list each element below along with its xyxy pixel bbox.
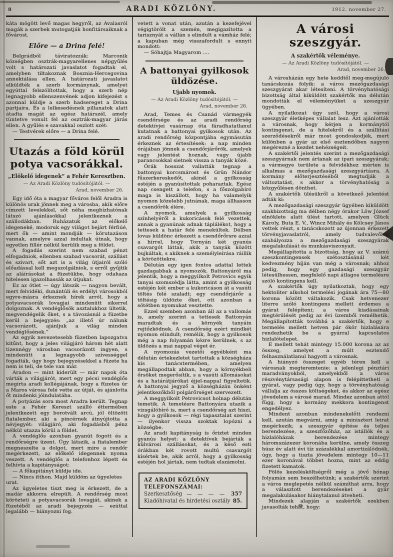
paragraph: Az ügyeletes tiszt meg is érkezett, de a… [6,486,128,515]
paragraph: Mindezek alapján a szakértők ezekben jav… [262,499,389,511]
paragraph: A szakértői jelentés szerint a mezőgazda… [262,151,389,192]
paragraph: Fölös kezelésköltségről még a jövő hónap… [262,470,389,499]
phone-row-publisher: Kiadóhivatal és hirdetési osztály 85. [144,497,242,504]
paragraph: Mindent azonban mindenekelőtt rendezni k… [262,412,389,470]
phone-row-editorial: Szerkesztőség — — — — 357 [144,490,242,497]
paragraph: A meggyilkolt Petrovicsot holnap délután… [138,396,252,431]
paragraph: A hiányzó összeget egyéb téren kell a vá… [262,360,389,412]
dialogue-line: — Testvérek előre — a Drina felé. [6,129,128,135]
issue-date: 1912. november 27. [332,7,386,13]
headline-battonya: A battonyai gyilkosok üldözése. [138,66,252,87]
byline-szeszgyar: — Az Aradi Közlöny tudósítójától. — [262,61,389,67]
paragraph: Megállapította a bizottság, hogy az V. s… [262,249,389,284]
page-number: 8 [8,7,11,13]
page-header: 8 ARADI KÖZLÖNY. 1912. november 27. [6,4,389,17]
paragraph: Az egyik nevezetesebb füzetben lapozgatv… [6,335,128,370]
paragraph: A nyomozás vezetői egyébként ma délután … [138,349,252,395]
paragraph: A szakértők úgy nyilatkoztak, hogy egy h… [262,284,389,342]
columns: káta mögött levő magas hegyről, az Avala… [6,17,389,537]
subhead-utazas: „Előkelő idegenek” a Fehér Keresztben. [6,174,128,181]
paragraph: Ezzel szemben azonban áll az a vallomás … [138,309,252,350]
article-utazas-body: Egy idő óta a magyar főváros felől Aradr… [6,196,128,515]
phone-label: Szerkesztőség [144,490,182,497]
paragraph: Belgrádból táviratozzák: Marconik község… [6,53,128,128]
newspaper-sheet: 8 ARADI KÖZLÖNY. 1912. november 27. káta… [0,0,393,537]
phone-number: 357 [231,490,242,497]
phone-number: 85. [233,497,242,504]
section-rule [14,139,120,140]
dateline-utazas: Arad, november 26. [6,188,124,194]
continuation-fragment: vetett a vonat után, azután a kezefejéve… [138,21,252,56]
paragraph: Aradon — mint kiderült — már napok óta v… [6,370,128,399]
paragraph: A fogadás szerint nem szabad pénzt elfog… [6,248,128,283]
paragraph: Az aradi kapitányság is őriztet minden g… [138,431,252,466]
phone-label: Kiadóhivatal és hirdetési osztály [144,497,230,504]
paragraph: káta mögött levő magas hegyről, az Avala… [6,21,128,38]
paragraph: Órák hosszat vallatták tegnap a battonya… [138,164,252,210]
subhead-szeszgyar: A szakértők véleménye. [262,53,389,60]
paragraph: A városházán egy hete keddtől meg-megúju… [262,76,389,111]
column-right: A városi szeszgyár. A szakértők vélemény… [257,17,389,537]
dialogue-line: — Sóhajtja Magyarom .... [138,50,252,56]
subhead-battonya: Ujabb nyomok. [138,89,252,96]
lead-continuation: káta mögött levő magas hegyről, az Avala… [6,21,128,38]
paragraph: vetett a vonat után, azután a kezefejéve… [138,21,252,50]
headline-utazas-line1: Utazás a föld körül [6,145,128,158]
headline-szeszgyar: A városi szeszgyár. [262,22,389,49]
paragraph: Délután egy igen fontos adattal lettek g… [138,263,252,309]
phone-dashes: — — — — [182,490,231,497]
paragraph: A potyázás sora most Aradra került. Tegn… [6,399,128,434]
paragraph: Egy idő óta a magyar főváros felől Aradr… [6,196,128,248]
newspaper-page-scan: 8 ARADI KÖZLÖNY. 1912. november 27. káta… [0,0,393,557]
byline-utazas: — Az Aradi Közlöny tudósítójától. — [6,181,128,187]
byline-battonya: — Az Aradi Közlöny tudósítójától. — [138,97,252,103]
article-drina-body: Belgrádból táviratozzák: Marconik község… [6,53,128,134]
masthead-title: ARADI KÖZLÖNY. [126,5,217,13]
dateline-szeszgyar: Arad, november 26. [262,67,385,73]
paragraph: A szakértők ülésükről a következő jelent… [262,191,389,203]
paragraph: Arad, Temes és Csanád vármegyék csendőrs… [138,112,252,164]
phonebox-title: AZ ARADI KÖZLÖNY TELEFONSZÁMAI: [144,476,242,490]
telephone-numbers-box: AZ ARADI KÖZLÖNY TELEFONSZÁMAI: Szerkesz… [139,472,248,509]
article-szeszgyar-body: A városházán egy hete keddtől meg-megúju… [262,76,389,511]
paragraph: E mellett tehát mintegy 15.000 korona az… [262,342,389,359]
article-battonya-body: Arad, Temes és Csanád vármegyék csendőrs… [138,112,252,466]
column-left: káta mögött levő magas hegyről, az Avala… [6,17,133,537]
headline-utazas: Utazás a föld körül potya vacsorákkal. [6,145,128,170]
paragraph: A vendéglős azonban gyanút fogott és a r… [6,434,128,469]
paragraph: Ez az ötlet — úgy látszik — nagyon bevál… [6,283,128,335]
dateline-battonya: Arad, november 26. [138,103,248,109]
column-middle: vetett a vonat után, azután a kezefejéve… [133,17,257,537]
paragraph: A mezőgazdasági szeszgyár ügyében kiküld… [262,203,389,249]
section-rule [146,60,244,61]
dialogue-line: — Nincs itthon. Majd küldöm az ügyeletes… [6,474,128,486]
paragraph: A nyomok, amelyek a gyilkosság színhelyé… [138,210,252,262]
headline-utazas-line2: potya vacsorákkal. [6,158,128,171]
headline-drina: Előre — a Drina felé! [6,42,128,50]
paragraph: A nyilatkozat úgy szól, hogy a városi sz… [262,110,389,151]
